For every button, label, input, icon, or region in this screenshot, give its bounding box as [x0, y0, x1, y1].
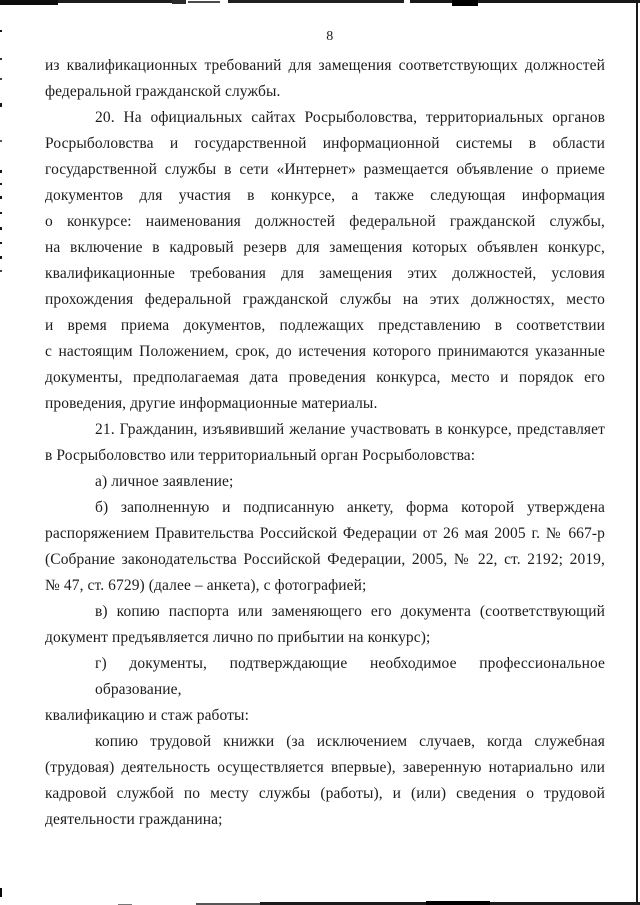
- scan-artifact-left-mark: [0, 270, 2, 272]
- paragraph-item-21-g-sub: копию трудовой книжки (за исключением сл…: [45, 729, 605, 833]
- paragraph-item-21-v: в) копию паспорта или заменяющего его до…: [45, 599, 605, 651]
- text-line: из квалификационных требований для замещ…: [45, 53, 605, 79]
- paragraph-continuation: из квалификационных требований для замещ…: [45, 53, 605, 105]
- text-line: кадровой службой по месту службы (работы…: [45, 781, 605, 807]
- scan-artifact-left-mark: [0, 196, 2, 199]
- paragraph-item-21-a: а) личное заявление;: [45, 469, 605, 495]
- scan-artifact-top-bar: [172, 0, 186, 4]
- text-line: прохождения федеральной гражданской служ…: [45, 287, 605, 313]
- text-line: документов для участия в конкурсе, а так…: [45, 183, 605, 209]
- text-line: документ предъявляется лично по прибытии…: [45, 625, 605, 651]
- text-line: на включение в кадровый резерв для замещ…: [45, 235, 605, 261]
- scan-artifact-right-edge: [636, 0, 638, 905]
- scan-artifact-left-mark: [0, 256, 2, 259]
- paragraph-item-21-g: г) документы, подтверждающие необходимое…: [45, 651, 605, 729]
- document-text: из квалификационных требований для замещ…: [45, 53, 605, 833]
- scan-artifact-left-mark: [0, 103, 2, 107]
- scan-artifact-left-mark: [0, 183, 2, 185]
- text-line: и время приема документов, подлежащих пр…: [45, 313, 605, 339]
- text-line: в Росрыболовство или территориальный орг…: [45, 443, 605, 469]
- text-line: деятельности гражданина;: [45, 807, 605, 833]
- text-line: (Собрание законодательства Российской Фе…: [45, 547, 605, 573]
- text-line: (трудовая) деятельность осуществляется в…: [45, 755, 605, 781]
- scan-artifact-left-mark: [0, 78, 2, 80]
- text-line: документы, предполагаемая дата проведени…: [45, 365, 605, 391]
- paragraph-item-21-b: б) заполненную и подписанную анкету, фор…: [45, 495, 605, 599]
- text-line: о конкурсе: наименования должностей феде…: [45, 209, 605, 235]
- text-line: г) документы, подтверждающие необходимое…: [45, 651, 605, 703]
- scan-artifact-top-bar: [228, 0, 404, 3]
- scan-artifact-left-mark: [0, 140, 2, 142]
- text-line: квалификационные требования для замещени…: [45, 261, 605, 287]
- text-line: с настоящим Положением, срок, до истечен…: [45, 339, 605, 365]
- scan-artifact-left-mark: [0, 242, 2, 244]
- text-line: б) заполненную и подписанную анкету, фор…: [45, 495, 605, 521]
- text-line: квалификацию и стаж работы:: [45, 703, 605, 729]
- scan-artifact-left-mark: [0, 58, 2, 60]
- text-line: 20. На официальных сайтах Росрыболовства…: [45, 105, 605, 131]
- scan-artifact-bottom-bar: [426, 901, 490, 905]
- page-number: 8: [10, 29, 640, 45]
- scan-artifact-top-bar: [188, 1, 220, 3]
- paragraph-item-21: 21. Гражданин, изъявивший желание участв…: [45, 417, 605, 469]
- text-line: федеральной гражданской службы.: [45, 79, 605, 105]
- scan-artifact-top-bar: [0, 0, 58, 5]
- scan-artifact-top-bar: [58, 0, 172, 3]
- text-line: распоряжением Правительства Российской Ф…: [45, 521, 605, 547]
- scan-artifact-left-mark: [0, 170, 2, 173]
- text-line: копию трудовой книжки (за исключением сл…: [45, 729, 605, 755]
- scanned-document-page: 8 из квалификационных требований для зам…: [0, 0, 640, 905]
- scan-artifact-left-mark: [0, 212, 2, 214]
- text-line: № 47, ст. 6729) (далее – анкета), с фото…: [45, 573, 605, 599]
- scan-artifact-left-mark: [0, 227, 2, 230]
- scan-artifact-top-bar: [452, 0, 478, 6]
- text-line: Росрыболовства и государственной информа…: [45, 131, 605, 157]
- scan-artifact-left-mark: [0, 30, 2, 32]
- text-line: проведения, другие информационные матери…: [45, 391, 605, 417]
- text-line: 21. Гражданин, изъявивший желание участв…: [45, 417, 605, 443]
- paragraph-item-20: 20. На официальных сайтах Росрыболовства…: [45, 105, 605, 417]
- text-line: а) личное заявление;: [45, 469, 605, 495]
- scan-artifact-top-bar: [410, 0, 640, 3]
- text-line: в) копию паспорта или заменяющего его до…: [45, 599, 605, 625]
- scan-artifact-left-mark: [0, 888, 2, 897]
- text-line: государственной службы в сети «Интернет»…: [45, 157, 605, 183]
